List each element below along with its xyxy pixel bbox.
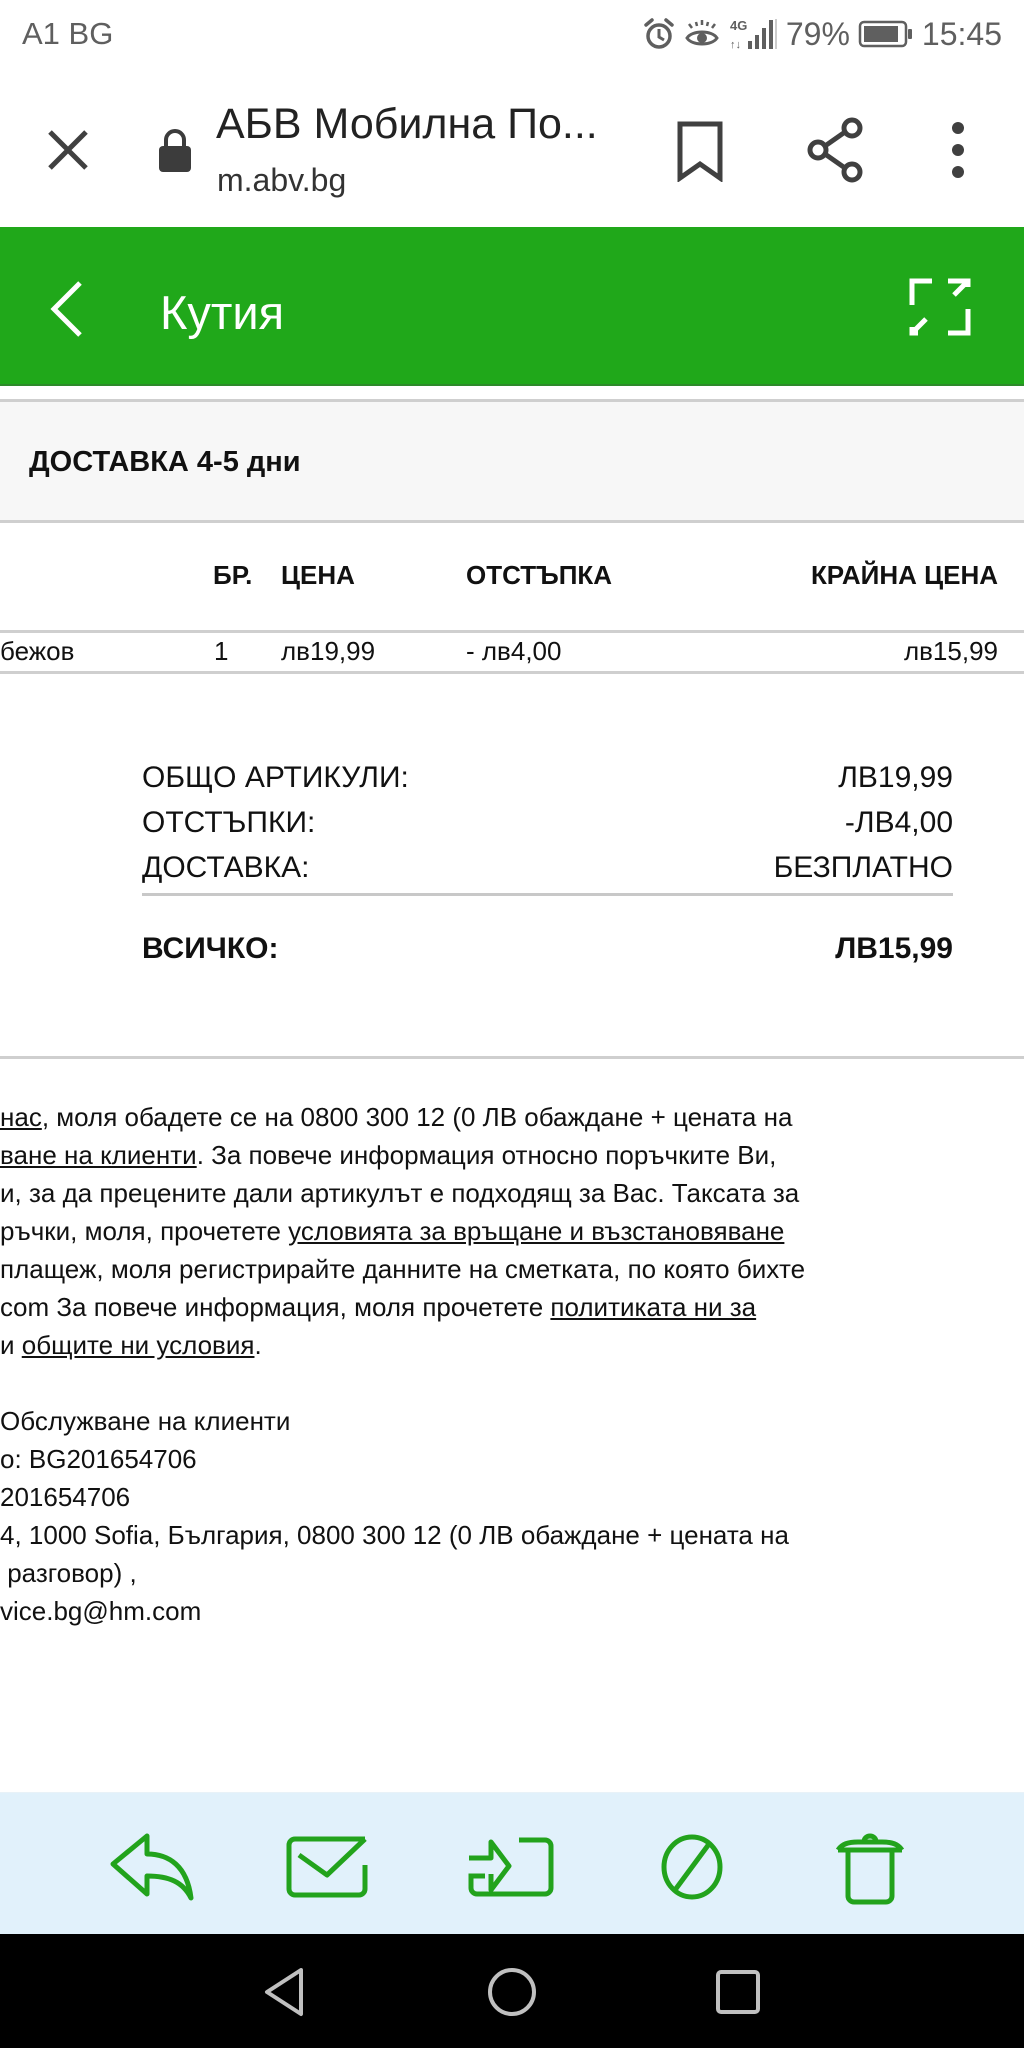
browser-toolbar: АБВ Мобилна По... m.abv.bg: [0, 72, 1024, 226]
signal-4g-icon: 4G↑↓: [728, 17, 778, 51]
general-terms-link[interactable]: общите ни условия: [22, 1330, 255, 1360]
triangle-back-icon: [261, 1966, 311, 2018]
nav-home-button[interactable]: [482, 1964, 542, 2020]
back-button[interactable]: [44, 279, 94, 339]
col-qty: БР.: [213, 560, 252, 591]
section-divider: [0, 1056, 1024, 1059]
svg-text:4G: 4G: [730, 18, 747, 33]
folder-title: Кутия: [160, 285, 284, 340]
delete-button[interactable]: [822, 1827, 918, 1907]
summary-total-label: ВСИЧКО:: [142, 932, 278, 966]
item-name: бежов: [0, 636, 74, 667]
message-action-toolbar: [0, 1792, 1024, 1934]
expand-icon: [908, 275, 972, 339]
expand-button[interactable]: [908, 275, 972, 339]
summary-items: ОБЩО АРТИКУЛИ: ЛВ19,99: [142, 761, 953, 795]
reply-button[interactable]: [107, 1827, 203, 1907]
contact-email[interactable]: vice.bg@hm.com: [0, 1592, 1024, 1630]
col-final-price: КРАЙНА ЦЕНА: [811, 560, 998, 591]
body-line: и общите ни условия.: [0, 1326, 1024, 1364]
more-vert-icon: [938, 120, 978, 180]
close-icon: [40, 122, 96, 178]
item-discount: - лв4,00: [466, 636, 561, 667]
carrier-label: A1 BG: [22, 16, 113, 52]
contact-line: о: BG201654706: [0, 1440, 1024, 1478]
eye-comfort-icon: [684, 18, 720, 50]
status-bar: A1 BG 4G↑↓ 79% 15:45: [0, 0, 1024, 72]
summary-divider: [142, 893, 953, 896]
page-url[interactable]: m.abv.bg: [217, 162, 346, 199]
mark-unread-button[interactable]: [282, 1827, 378, 1907]
spam-button[interactable]: [644, 1827, 740, 1907]
body-line: ръчки, моля, прочетете условията за връщ…: [0, 1212, 1024, 1250]
item-qty: 1: [214, 636, 228, 667]
square-recents-icon: [714, 1968, 762, 2016]
bookmark-button[interactable]: [672, 120, 728, 182]
summary-discounts-value: -ЛВ4,00: [845, 806, 953, 840]
app-header: Кутия: [0, 227, 1024, 386]
back-chevron-icon: [44, 279, 94, 339]
svg-text:↑↓: ↑↓: [730, 39, 741, 51]
summary-items-value: ЛВ19,99: [838, 761, 953, 795]
summary-delivery: ДОСТАВКА: БЕЗПЛАТНО: [142, 851, 953, 885]
col-discount: ОТСТЪПКА: [466, 560, 612, 591]
return-terms-link[interactable]: условията за връщане и възстановяване: [288, 1216, 784, 1246]
nav-back-button[interactable]: [256, 1964, 316, 2020]
summary-total-value: ЛВ15,99: [835, 932, 953, 966]
summary-delivery-label: ДОСТАВКА:: [142, 851, 310, 885]
clock: 15:45: [922, 16, 1002, 53]
customer-service-link[interactable]: ване на клиенти: [0, 1140, 197, 1170]
body-line: ване на клиенти. За повече информация от…: [0, 1136, 1024, 1174]
summary-total: ВСИЧКО: ЛВ15,99: [142, 932, 953, 966]
bookmark-icon: [672, 120, 728, 182]
circle-home-icon: [486, 1966, 538, 2018]
trash-icon: [832, 1828, 908, 1906]
divider: [0, 671, 1024, 674]
alarm-icon: [642, 17, 676, 51]
body-line: и, за да прецените дали артикулът е подх…: [0, 1174, 1024, 1212]
contact-link[interactable]: нас: [0, 1102, 42, 1132]
item-price: лв19,99: [281, 636, 375, 667]
more-options-button[interactable]: [938, 120, 978, 180]
share-icon: [804, 116, 868, 184]
body-line: плащеж, моля регистрирайте данните на см…: [0, 1250, 1024, 1288]
col-price: ЦЕНА: [281, 560, 355, 591]
share-button[interactable]: [804, 116, 868, 184]
body-line: com За повече информация, моля прочетете…: [0, 1288, 1024, 1326]
contact-line: разговор) ,: [0, 1554, 1024, 1592]
delivery-label: ДОСТАВКА 4-5 дни: [29, 446, 301, 479]
contact-line: 201654706: [0, 1478, 1024, 1516]
move-to-folder-button[interactable]: [462, 1827, 558, 1907]
lock-icon[interactable]: [158, 128, 192, 172]
reply-icon: [107, 1832, 203, 1902]
summary-discounts-label: ОТСТЪПКИ:: [142, 806, 315, 840]
email-body: нас, моля обадете се на 0800 300 12 (0 Л…: [0, 1098, 1024, 1630]
body-line: нас, моля обадете се на 0800 300 12 (0 Л…: [0, 1098, 1024, 1136]
summary-discounts: ОТСТЪПКИ: -ЛВ4,00: [142, 806, 953, 840]
battery-icon: [858, 19, 914, 49]
summary-delivery-value: БЕЗПЛАТНО: [774, 851, 953, 885]
contact-line: 4, 1000 Sofia, България, 0800 300 12 (0 …: [0, 1516, 1024, 1554]
status-icons: 4G↑↓ 79% 15:45: [642, 14, 1002, 54]
page-title: АБВ Мобилна По...: [216, 100, 598, 149]
block-icon: [657, 1832, 727, 1902]
contact-line: Обслужване на клиенти: [0, 1402, 1024, 1440]
item-final: лв15,99: [904, 636, 998, 667]
privacy-policy-link[interactable]: политиката ни за: [550, 1292, 756, 1322]
summary-items-label: ОБЩО АРТИКУЛИ:: [142, 761, 409, 795]
delivery-section: ДОСТАВКА 4-5 дни: [0, 399, 1024, 523]
system-nav-bar: [0, 1934, 1024, 2048]
battery-percent: 79%: [786, 16, 850, 53]
divider: [0, 630, 1024, 633]
envelope-icon: [285, 1835, 375, 1899]
move-icon: [465, 1834, 555, 1900]
nav-recents-button[interactable]: [708, 1964, 768, 2020]
close-tab-button[interactable]: [40, 122, 96, 178]
